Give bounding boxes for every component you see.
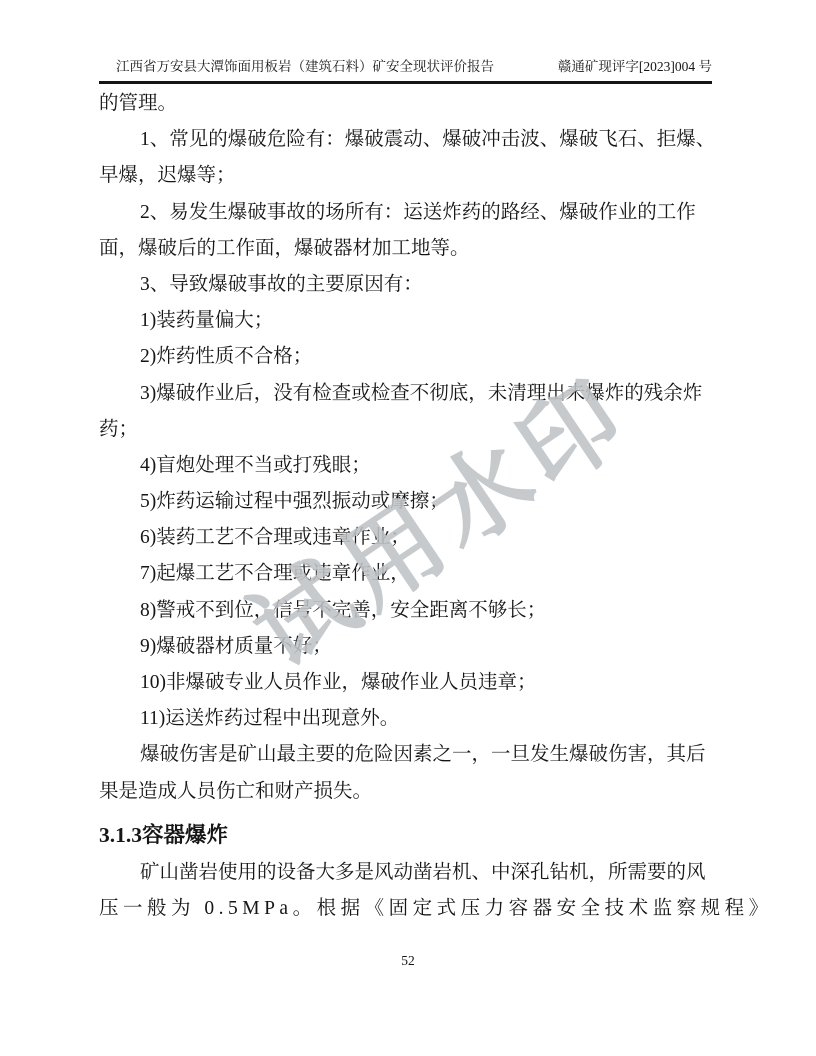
body-line: 矿山凿岩使用的设备大多是风动凿岩机、中深孔钻机，所需要的风 xyxy=(99,855,712,891)
body-line: 爆破伤害是矿山最主要的危险因素之一，一旦发生爆破伤害，其后 xyxy=(99,737,712,773)
list-item-line: 8)警戒不到位，信号不完善，安全距离不够长； xyxy=(99,593,712,629)
list-item-line: 6)装药工艺不合理或违章作业； xyxy=(99,520,712,556)
section-heading: 3.1.3容器爆炸 xyxy=(99,817,712,854)
body-line: 果是造成人员伤亡和财产损失。 xyxy=(99,774,712,810)
list-item-line: 10)非爆破专业人员作业，爆破作业人员违章； xyxy=(99,665,712,701)
page-number: 52 xyxy=(401,953,415,968)
body-line: 1、常见的爆破危险有：爆破震动、爆破冲击波、爆破飞石、拒爆、 xyxy=(99,122,712,158)
list-item-line: 7)起爆工艺不合理或违章作业， xyxy=(99,556,712,592)
body-line: 面，爆破后的工作面，爆破器材加工地等。 xyxy=(99,231,712,267)
list-item-line: 11)运送炸药过程中出现意外。 xyxy=(99,701,712,737)
list-item-line: 药； xyxy=(99,412,712,448)
list-item-line: 3)爆破作业后，没有检查或检查不彻底，未清理出未爆炸的残余炸 xyxy=(99,376,712,412)
document-body: 的管理。 1、常见的爆破危险有：爆破震动、爆破冲击波、爆破飞石、拒爆、 早爆，迟… xyxy=(99,86,712,927)
page-header: 江西省万安县大潭饰面用板岩（建筑石料）矿安全现状评价报告 赣通矿现评字[2023… xyxy=(99,58,712,84)
header-doc-number: 赣通矿现评字[2023]004 号 xyxy=(558,58,712,75)
body-line: 3、导致爆破事故的主要原因有： xyxy=(99,267,712,303)
list-item-line: 9)爆破器材质量不好； xyxy=(99,629,712,665)
body-line: 压一般为 0.5MPa。根据《固定式压力容器安全技术监察规程》 xyxy=(99,891,712,927)
list-item-line: 5)炸药运输过程中强烈振动或摩擦； xyxy=(99,484,712,520)
page-footer: 52 xyxy=(0,953,816,969)
body-line: 的管理。 xyxy=(99,86,712,122)
list-item-line: 1)装药量偏大； xyxy=(99,303,712,339)
document-page: 江西省万安县大潭饰面用板岩（建筑石料）矿安全现状评价报告 赣通矿现评字[2023… xyxy=(0,0,816,1056)
list-item-line: 2)炸药性质不合格； xyxy=(99,339,712,375)
body-line: 2、易发生爆破事故的场所有：运送炸药的路经、爆破作业的工作 xyxy=(99,195,712,231)
list-item-line: 4)盲炮处理不当或打残眼； xyxy=(99,448,712,484)
body-line: 早爆，迟爆等； xyxy=(99,158,712,194)
header-report-title: 江西省万安县大潭饰面用板岩（建筑石料）矿安全现状评价报告 xyxy=(99,58,494,75)
